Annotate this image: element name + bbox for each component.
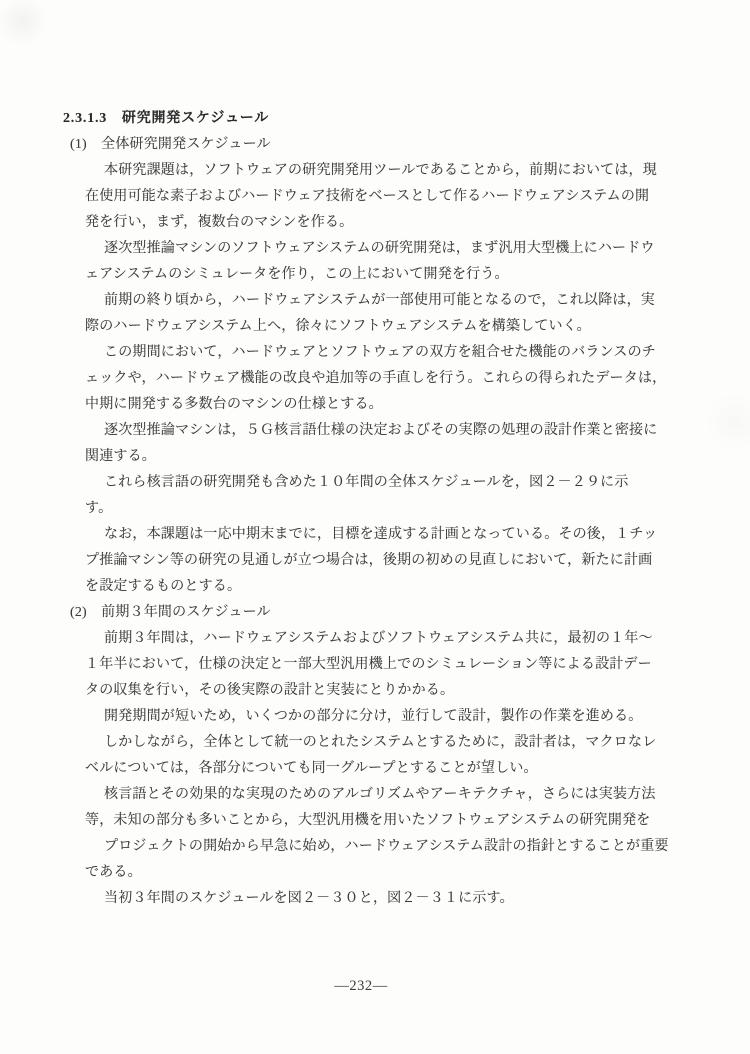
text-line: である。 <box>85 860 703 886</box>
document-body: 2.3.1.3 研究開発スケジュール(1) 全体研究開発スケジュール本研究課題は… <box>63 106 703 912</box>
text-line: 中期に開発する多数台のマシンの仕様とする。 <box>85 392 703 418</box>
text-line: 開発期間が短いため，いくつかの部分に分け，並行して設計，製作の作業を進める。 <box>104 704 703 730</box>
text-line: す。 <box>85 496 703 522</box>
page-number: —232— <box>0 978 722 995</box>
text-line: 関連する。 <box>85 444 703 470</box>
text-line: なお，本課題は一応中期末までに，目標を達成する計画となっている。その後，１チッ <box>104 522 703 548</box>
text-line: 本研究課題は，ソフトウェアの研究開発用ツールであることから，前期においては，現 <box>104 158 703 184</box>
text-line: 逐次型推論マシンは，５Ｇ核言語仕様の決定およびその実際の処理の設計作業と密接に <box>104 418 703 444</box>
text-line: ェアシステムのシミュレータを作り，この上において開発を行う。 <box>85 262 703 288</box>
text-line: プロジェクトの開始から早急に始め，ハードウェアシステム設計の指針とすることが重要 <box>104 834 703 860</box>
text-line: しかしながら，全体として統一のとれたシステムとするために，設計者は，マクロなレ <box>104 730 703 756</box>
text-line: タの収集を行い，その後実際の設計と実装にとりかかる。 <box>85 678 703 704</box>
text-line: 際のハードウェアシステム上へ，徐々にソフトウェアシステムを構築していく。 <box>85 314 703 340</box>
document-page: 2.3.1.3 研究開発スケジュール(1) 全体研究開発スケジュール本研究課題は… <box>0 0 750 1054</box>
text-line: (2) 前期３年間のスケジュール <box>70 600 703 626</box>
text-line: 前期３年間は，ハードウェアシステムおよびソフトウェアシステム共に，最初の１年～ <box>104 626 703 652</box>
text-line: (1) 全体研究開発スケジュール <box>70 132 703 158</box>
text-line: 在使用可能な素子およびハードウェア技術をベースとして作るハードウェアシステムの開 <box>85 184 703 210</box>
text-line: 等，未知の部分も多いことから，大型汎用機を用いたソフトウェアシステムの研究開発を <box>85 808 703 834</box>
text-line: 当初３年間のスケジュールを図２－３０と，図２－３１に示す。 <box>104 886 703 912</box>
text-line: これら核言語の研究開発も含めた１０年間の全体スケジュールを，図２－２９に示 <box>104 470 703 496</box>
text-line: を設定するものとする。 <box>85 574 703 600</box>
text-line: 前期の終り頃から，ハードウェアシステムが一部使用可能となるので，これ以降は，実 <box>104 288 703 314</box>
text-line: 逐次型推論マシンのソフトウェアシステムの研究開発は，まず汎用大型機上にハードウ <box>104 236 703 262</box>
text-line: この期間において，ハードウェアとソフトウェアの双方を組合せた機能のバランスのチ <box>104 340 703 366</box>
text-line: １年半において，仕様の決定と一部大型汎用機上でのシミュレーション等による設計デー <box>85 652 703 678</box>
text-line: 発を行い，まず，複数台のマシンを作る。 <box>85 210 703 236</box>
text-line: 核言語とその効果的な実現のためのアルゴリズムやアーキテクチャ，さらには実装方法 <box>104 782 703 808</box>
text-line: 2.3.1.3 研究開発スケジュール <box>63 106 703 132</box>
text-line: プ推論マシン等の研究の見通しが立つ場合は，後期の初めの見直しにおいて，新たに計画 <box>85 548 703 574</box>
text-line: ベルについては，各部分についても同一グループとすることが望しい。 <box>85 756 703 782</box>
text-line: ェックや，ハードウェア機能の改良や追加等の手直しを行う。これらの得られたデータは… <box>85 366 703 392</box>
